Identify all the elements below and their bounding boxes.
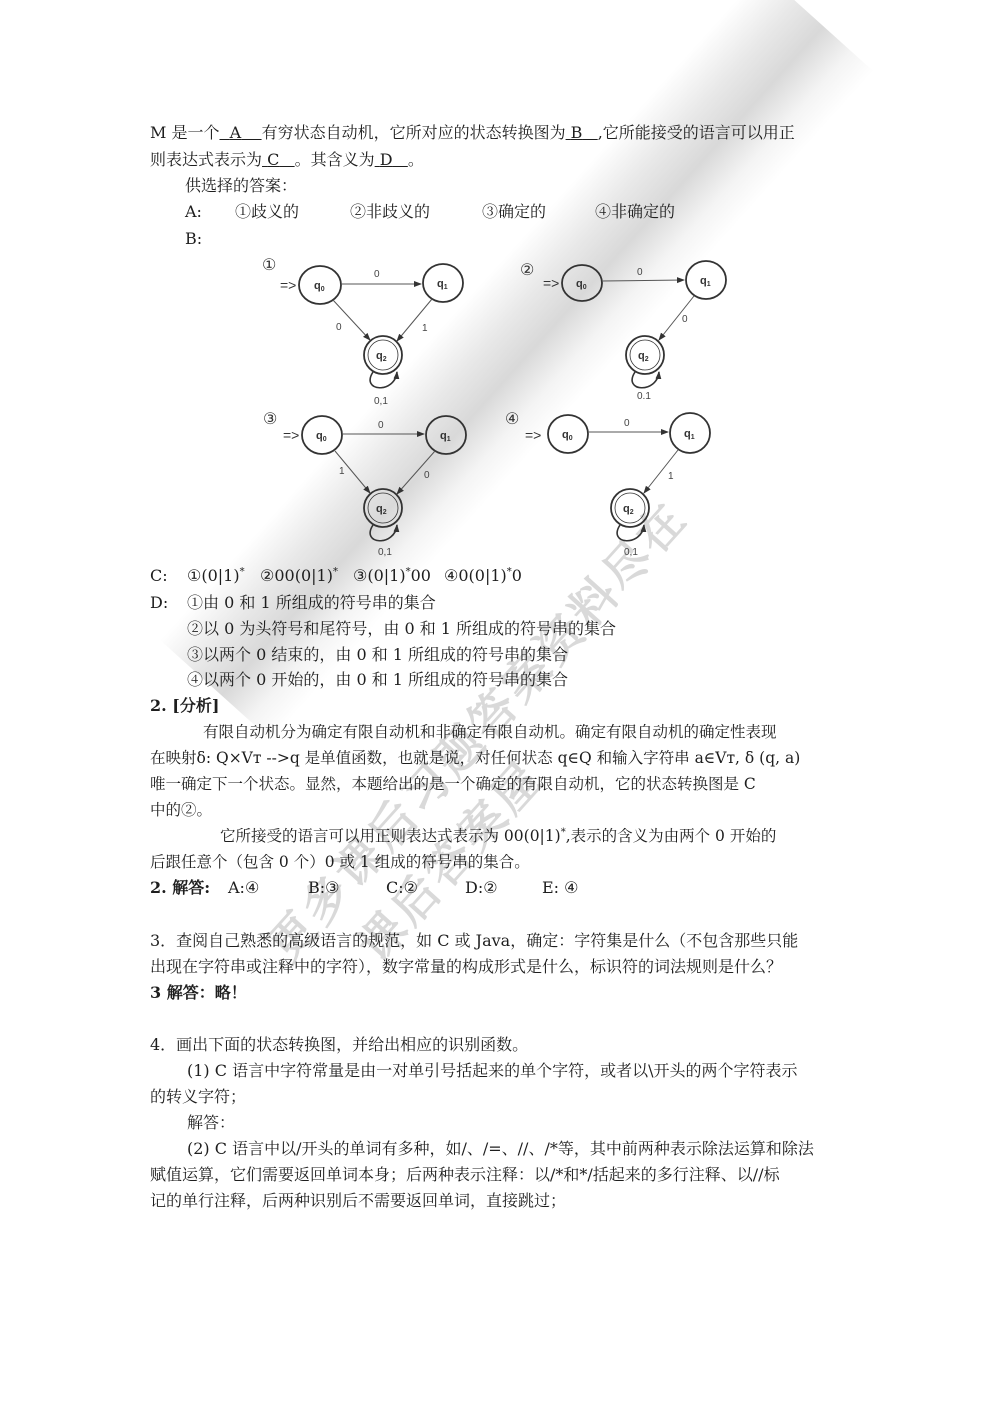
edge-label: 0 (374, 269, 380, 280)
answer-item: C:② (386, 878, 418, 898)
answer-item: B:③ (308, 878, 340, 898)
expr: (0|1) (367, 566, 405, 585)
document-page: 更多课后习题答案资料尽在 课后答案屋 M 是一个 A 有穷状态自动机，它所对应的… (0, 0, 993, 1404)
state-q2-accepting (611, 489, 649, 527)
svg-text:q2: q2 (623, 503, 634, 516)
edge-label: 0 (378, 420, 384, 431)
edge-label: 0 (424, 470, 430, 481)
edge-label: 0 (637, 267, 643, 278)
num: ④ (444, 566, 458, 585)
svg-text:q0: q0 (576, 278, 587, 291)
edge-label: 0 (624, 418, 630, 429)
start-marker: => (283, 427, 299, 443)
num: ③ (353, 566, 367, 585)
analysis-line: 后跟任意个（包含 0 个）0 或 1 组成的符号串的集合。 (150, 852, 530, 872)
text: 它所接受的语言可以用正则表达式表示为 00(0|1) (220, 827, 561, 845)
q4-sub2-line: (2) C 语言中以/开头的单词有多种，如/、/=、//、/*等，其中前两种表示… (187, 1139, 814, 1159)
diagram-1: ① => q0 q1 q2 0 0 1 0,1 (262, 257, 463, 407)
option-d-item: ①由 0 和 1 所组成的符号串的集合 (187, 593, 436, 613)
diagram-number: ④ (505, 411, 519, 428)
option-c-row: C: ①(0|1)* ②00(0|1)* ③(0|1)*00 ④0(0|1)*0 (150, 566, 168, 586)
option-c-item: ③(0|1)*00 (353, 566, 431, 586)
state-diagrams: ① => q0 q1 q2 0 0 1 0,1 ② => q0 q1 (0, 0, 993, 600)
option-c-label: C: (150, 566, 168, 585)
svg-text:q1: q1 (440, 430, 451, 443)
answer-item: D:② (465, 878, 498, 898)
q4-answer-label: 解答： (187, 1113, 235, 1133)
answer-item: A:④ (228, 878, 259, 898)
edge-label: 0.1 (637, 391, 651, 402)
q4-sub1-line: 的转义字符； (150, 1087, 246, 1107)
q4-sub2-line: 记的单行注释，后两种识别后不需要返回单词，直接跳过； (150, 1191, 566, 1211)
option-d-item: ④以两个 0 开始的，由 0 和 1 所组成的符号串的集合 (187, 670, 568, 690)
diagram-number: ③ (263, 411, 277, 428)
expr: 00(0|1) (274, 566, 333, 585)
option-d-row: D: ①由 0 和 1 所组成的符号串的集合 (150, 593, 168, 613)
edge-label: 1 (422, 323, 428, 334)
edge-label: 0 (336, 322, 342, 333)
answer-2-row: 2. 解答: A:④ B:③ C:② D:② E: ④ (150, 878, 210, 898)
expr: (0|1) (201, 566, 239, 585)
svg-text:q2: q2 (376, 350, 387, 363)
q4-sub2-line: 赋值运算，它们需要返回单词本身；后两种表示注释：以/*和*/括起来的多行注释、以… (150, 1165, 780, 1185)
edge-label: 1 (339, 466, 345, 477)
diagram-number: ① (262, 257, 276, 274)
option-d-label: D: (150, 593, 168, 612)
tail: 0 (512, 566, 522, 585)
q4-sub1-line: (1) C 语言中字符常量是由一对单引号括起来的单个字符，或者以\开头的两个字符… (187, 1061, 797, 1081)
diagram-4: ④ => q0 q1 q2 0 1 0,1 (505, 411, 710, 558)
svg-text:q1: q1 (684, 428, 695, 441)
edge-label: 1 (668, 471, 674, 482)
q3-line: 出现在字符串或注释中的字符），数字常量的构成形式是什么，标识符的词法规则是什么？ (150, 957, 782, 977)
svg-text:q2: q2 (376, 503, 387, 516)
text: ,表示的含义为由两个 0 开始的 (566, 827, 777, 845)
edge-label: 0,1 (624, 547, 638, 558)
svg-text:q0: q0 (316, 430, 327, 443)
analysis-line: 有限自动机分为确定有限自动机和非确定有限自动机。确定有限自动机的确定性表现 (203, 722, 777, 742)
q3-line: 3．查阅自己熟悉的高级语言的规范，如 C 或 Java，确定：字符集是什么（不包… (150, 931, 798, 951)
state-q2-accepting (626, 336, 664, 374)
sup: * (240, 567, 245, 578)
edge-label: 0,1 (378, 547, 392, 558)
tail: 00 (411, 566, 431, 585)
option-c-item: ②00(0|1)* (260, 566, 338, 586)
diagram-number: ② (520, 262, 534, 279)
analysis-line: 它所接受的语言可以用正则表达式表示为 00(0|1)*,表示的含义为由两个 0 … (220, 826, 776, 846)
sup: * (333, 567, 338, 578)
analysis-line: 在映射δ: Q×Vт -->q 是单值函数，也就是说，对任何状态 q∈Q 和输入… (150, 748, 800, 768)
num: ① (187, 566, 201, 585)
analysis-line: 唯一确定下一个状态。显然，本题给出的是一个确定的有限自动机，它的状态转换图是 C (150, 774, 756, 794)
edge-label: 0,1 (374, 396, 388, 407)
start-marker: => (280, 277, 296, 293)
q4-heading: 4．画出下面的状态转换图，并给出相应的识别函数。 (150, 1035, 528, 1055)
option-d-item: ②以 0 为头符号和尾符号，由 0 和 1 所组成的符号串的集合 (187, 619, 616, 639)
num: ② (260, 566, 274, 585)
svg-text:q1: q1 (437, 278, 448, 291)
option-c-item: ④0(0|1)*0 (444, 566, 522, 586)
option-d-item: ③以两个 0 结束的，由 0 和 1 所组成的符号串的集合 (187, 645, 568, 665)
analysis-heading: 2. [分析] (150, 696, 219, 716)
start-marker: => (543, 275, 559, 291)
q3-answer: 3 解答：略！ (150, 983, 247, 1003)
svg-text:q0: q0 (314, 280, 325, 293)
state-q2-accepting (364, 336, 402, 374)
answer-2-label: 2. 解答: (150, 878, 210, 897)
answer-item: E: ④ (542, 878, 579, 898)
svg-text:q0: q0 (562, 429, 573, 442)
start-marker: => (525, 427, 541, 443)
expr: 0(0|1) (458, 566, 506, 585)
svg-text:q1: q1 (700, 275, 711, 288)
option-c-item: ①(0|1)* (187, 566, 245, 586)
diagram-3: ③ => q0 q1 q2 0 1 0 0,1 (263, 411, 466, 558)
state-q2-accepting (364, 489, 402, 527)
analysis-line: 中的②。 (150, 800, 212, 820)
svg-text:q2: q2 (638, 350, 649, 363)
edge-label: 0 (682, 314, 688, 325)
diagram-2: ② => q0 q1 q2 0 0 0.1 (520, 261, 726, 402)
